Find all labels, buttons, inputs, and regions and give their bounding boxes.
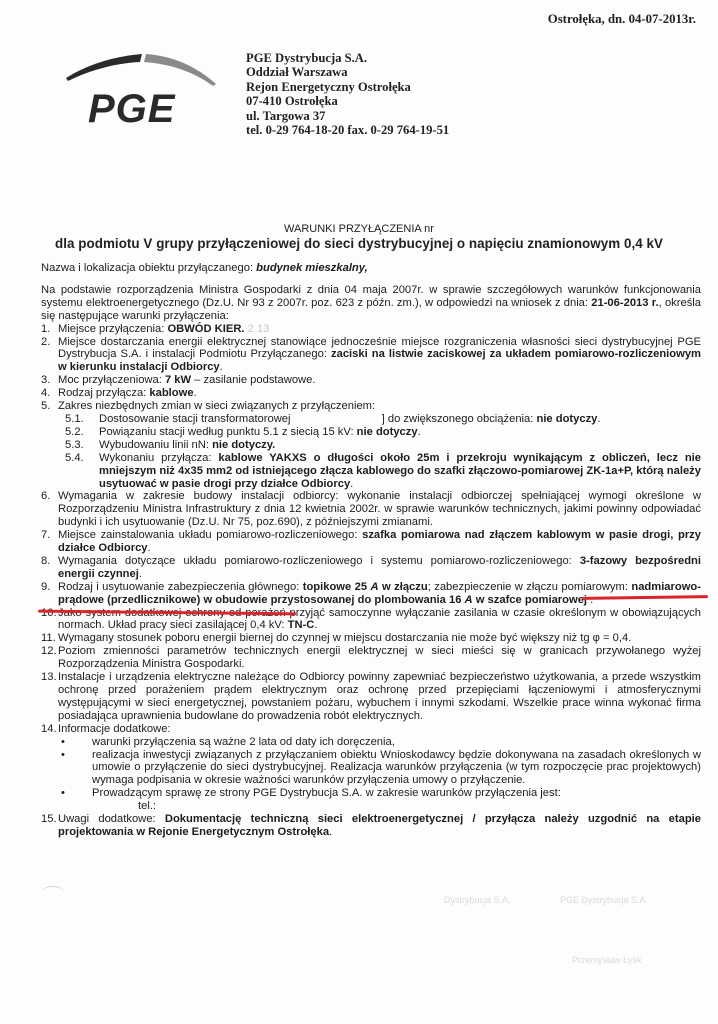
info-bullet: •realizacja inwestycji związanych z przy… [41,749,701,788]
sub-item-5-4: 5.4.Wykonaniu przyłącza: kablowe YAKXS o… [41,452,701,491]
connection-power: 7 kW [165,374,191,386]
sub-item-5-3: 5.3.Wybudowaniu linii nN: nie dotyczy. [41,439,701,452]
company-stamp: Dystrybucja S.A. [444,895,511,905]
pge-logo-icon: PGE [58,48,222,128]
object-value: budynek mieszkalny, [256,262,368,274]
condition-item-5: 5.Zakres niezbędnych zmian w sieci związ… [41,400,701,413]
sub-item-5-2: 5.2.Powiązaniu stacji według punktu 5.1 … [41,426,701,439]
bullet-icon: • [61,736,65,749]
faint-arc-mark [42,886,64,899]
sub-item-5-1: 5.1.Dostosowanie stacji transformatorowe… [41,413,701,426]
condition-item-1: 1.Miejsce przyłączenia: OBWÓD KIER. 2 13 [41,323,701,336]
condition-item-15: 15.Uwagi dodatkowe: Dokumentację technic… [41,813,701,839]
company-postal: 07-410 Ostrołęka [246,94,449,108]
company-address: PGE Dystrybucja S.A. Oddział Warszawa Re… [246,51,449,137]
condition-item-12: 12.Poziom zmienności parametrów technicz… [41,645,701,671]
document-date: Ostrołęka, dn. 04-07-2013r. [548,12,696,27]
condition-item-9: 9.Rodzaj i usytuowanie zabezpieczenia gł… [41,581,701,607]
company-name: PGE Dystrybucja S.A. [246,51,449,65]
company-branch: Oddział Warszawa [246,65,449,79]
info-bullet: •warunki przyłączenia są ważne 2 lata od… [41,736,701,749]
company-region: Rejon Energetyczny Ostrołęka [246,80,449,94]
logo-text: PGE [88,87,176,128]
condition-item-13: 13.Instalacje i urządzenia elektryczne n… [41,671,701,723]
redacted-area [294,413,382,423]
signature-stamp: Przemysław Łysk [572,955,642,965]
condition-item-4: 4.Rodzaj przyłącza: kablowe. [41,387,701,400]
bullet-icon: • [61,787,65,800]
condition-item-14: 14.Informacje dodatkowe: [41,723,701,736]
bullet-icon: • [61,749,65,762]
info-bullet: •Prowadzącym sprawę ze strony PGE Dystry… [41,787,701,800]
condition-item-2: 2.Miejsce dostarczania energii elektrycz… [41,336,701,375]
company-street: ul. Targowa 37 [246,109,449,123]
document-body: Nazwa i lokalizacja obiektu przyłączaneg… [41,262,701,839]
condition-item-6: 6.Wymagania w zakresie budowy instalacji… [41,490,701,529]
connection-point: OBWÓD KIER. [167,323,244,335]
request-date: 21-06-2013 r. [591,297,658,309]
condition-item-11: 11.Wymagany stosunek poboru energii bier… [41,632,701,645]
condition-item-8: 8.Wymagania dotyczące układu pomiarowo-r… [41,555,701,581]
intro-paragraph: Na podstawie rozporządzenia Ministra Gos… [41,284,701,323]
document-subtitle: dla podmiotu V grupy przyłączeniowej do … [0,236,718,251]
document-title: WARUNKI PRZYŁĄCZENIA nr [0,223,718,235]
document-page: PGE PGE Dystrybucja S.A. Oddział Warszaw… [0,0,718,1024]
condition-item-3: 3.Moc przyłączeniowa: 7 kW – zasilanie p… [41,374,701,387]
object-line: Nazwa i lokalizacja obiektu przyłączaneg… [41,262,701,275]
condition-item-7: 7.Miejsce zainstalowania układu pomiarow… [41,529,701,555]
company-phone: tel. 0-29 764-18-20 fax. 0-29 764-19-51 [246,123,449,137]
contact-phone-label: tel.: [41,800,701,813]
company-stamp-2: PGE Dystrybucja S.A. [560,895,648,905]
